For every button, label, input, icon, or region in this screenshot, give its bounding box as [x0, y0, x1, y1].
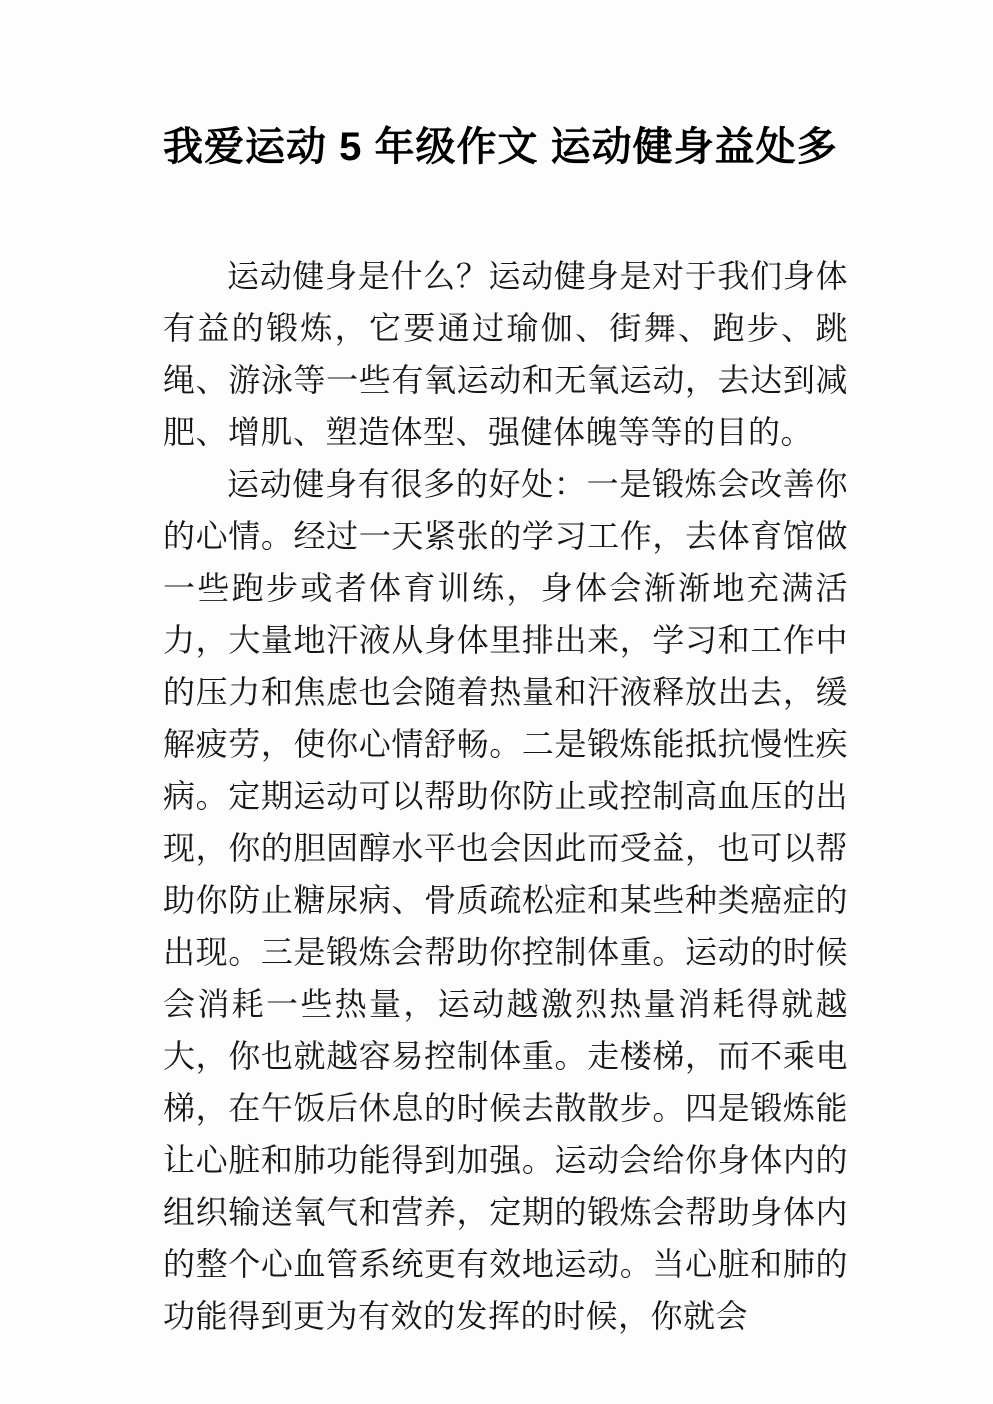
document-page: 我爱运动 5 年级作文 运动健身益处多 运动健身是什么？运动健身是对于我们身体有… [0, 0, 993, 1404]
document-body: 运动健身是什么？运动健身是对于我们身体有益的锻炼，它要通过瑜伽、街舞、跑步、跳绳… [163, 250, 848, 1342]
document-title: 我爱运动 5 年级作文 运动健身益处多 [163, 122, 848, 172]
paragraph-intro: 运动健身是什么？运动健身是对于我们身体有益的锻炼，它要通过瑜伽、街舞、跑步、跳绳… [163, 250, 848, 458]
paragraph-benefits: 运动健身有很多的好处：一是锻炼会改善你的心情。经过一天紧张的学习工作，去体育馆做… [163, 458, 848, 1342]
